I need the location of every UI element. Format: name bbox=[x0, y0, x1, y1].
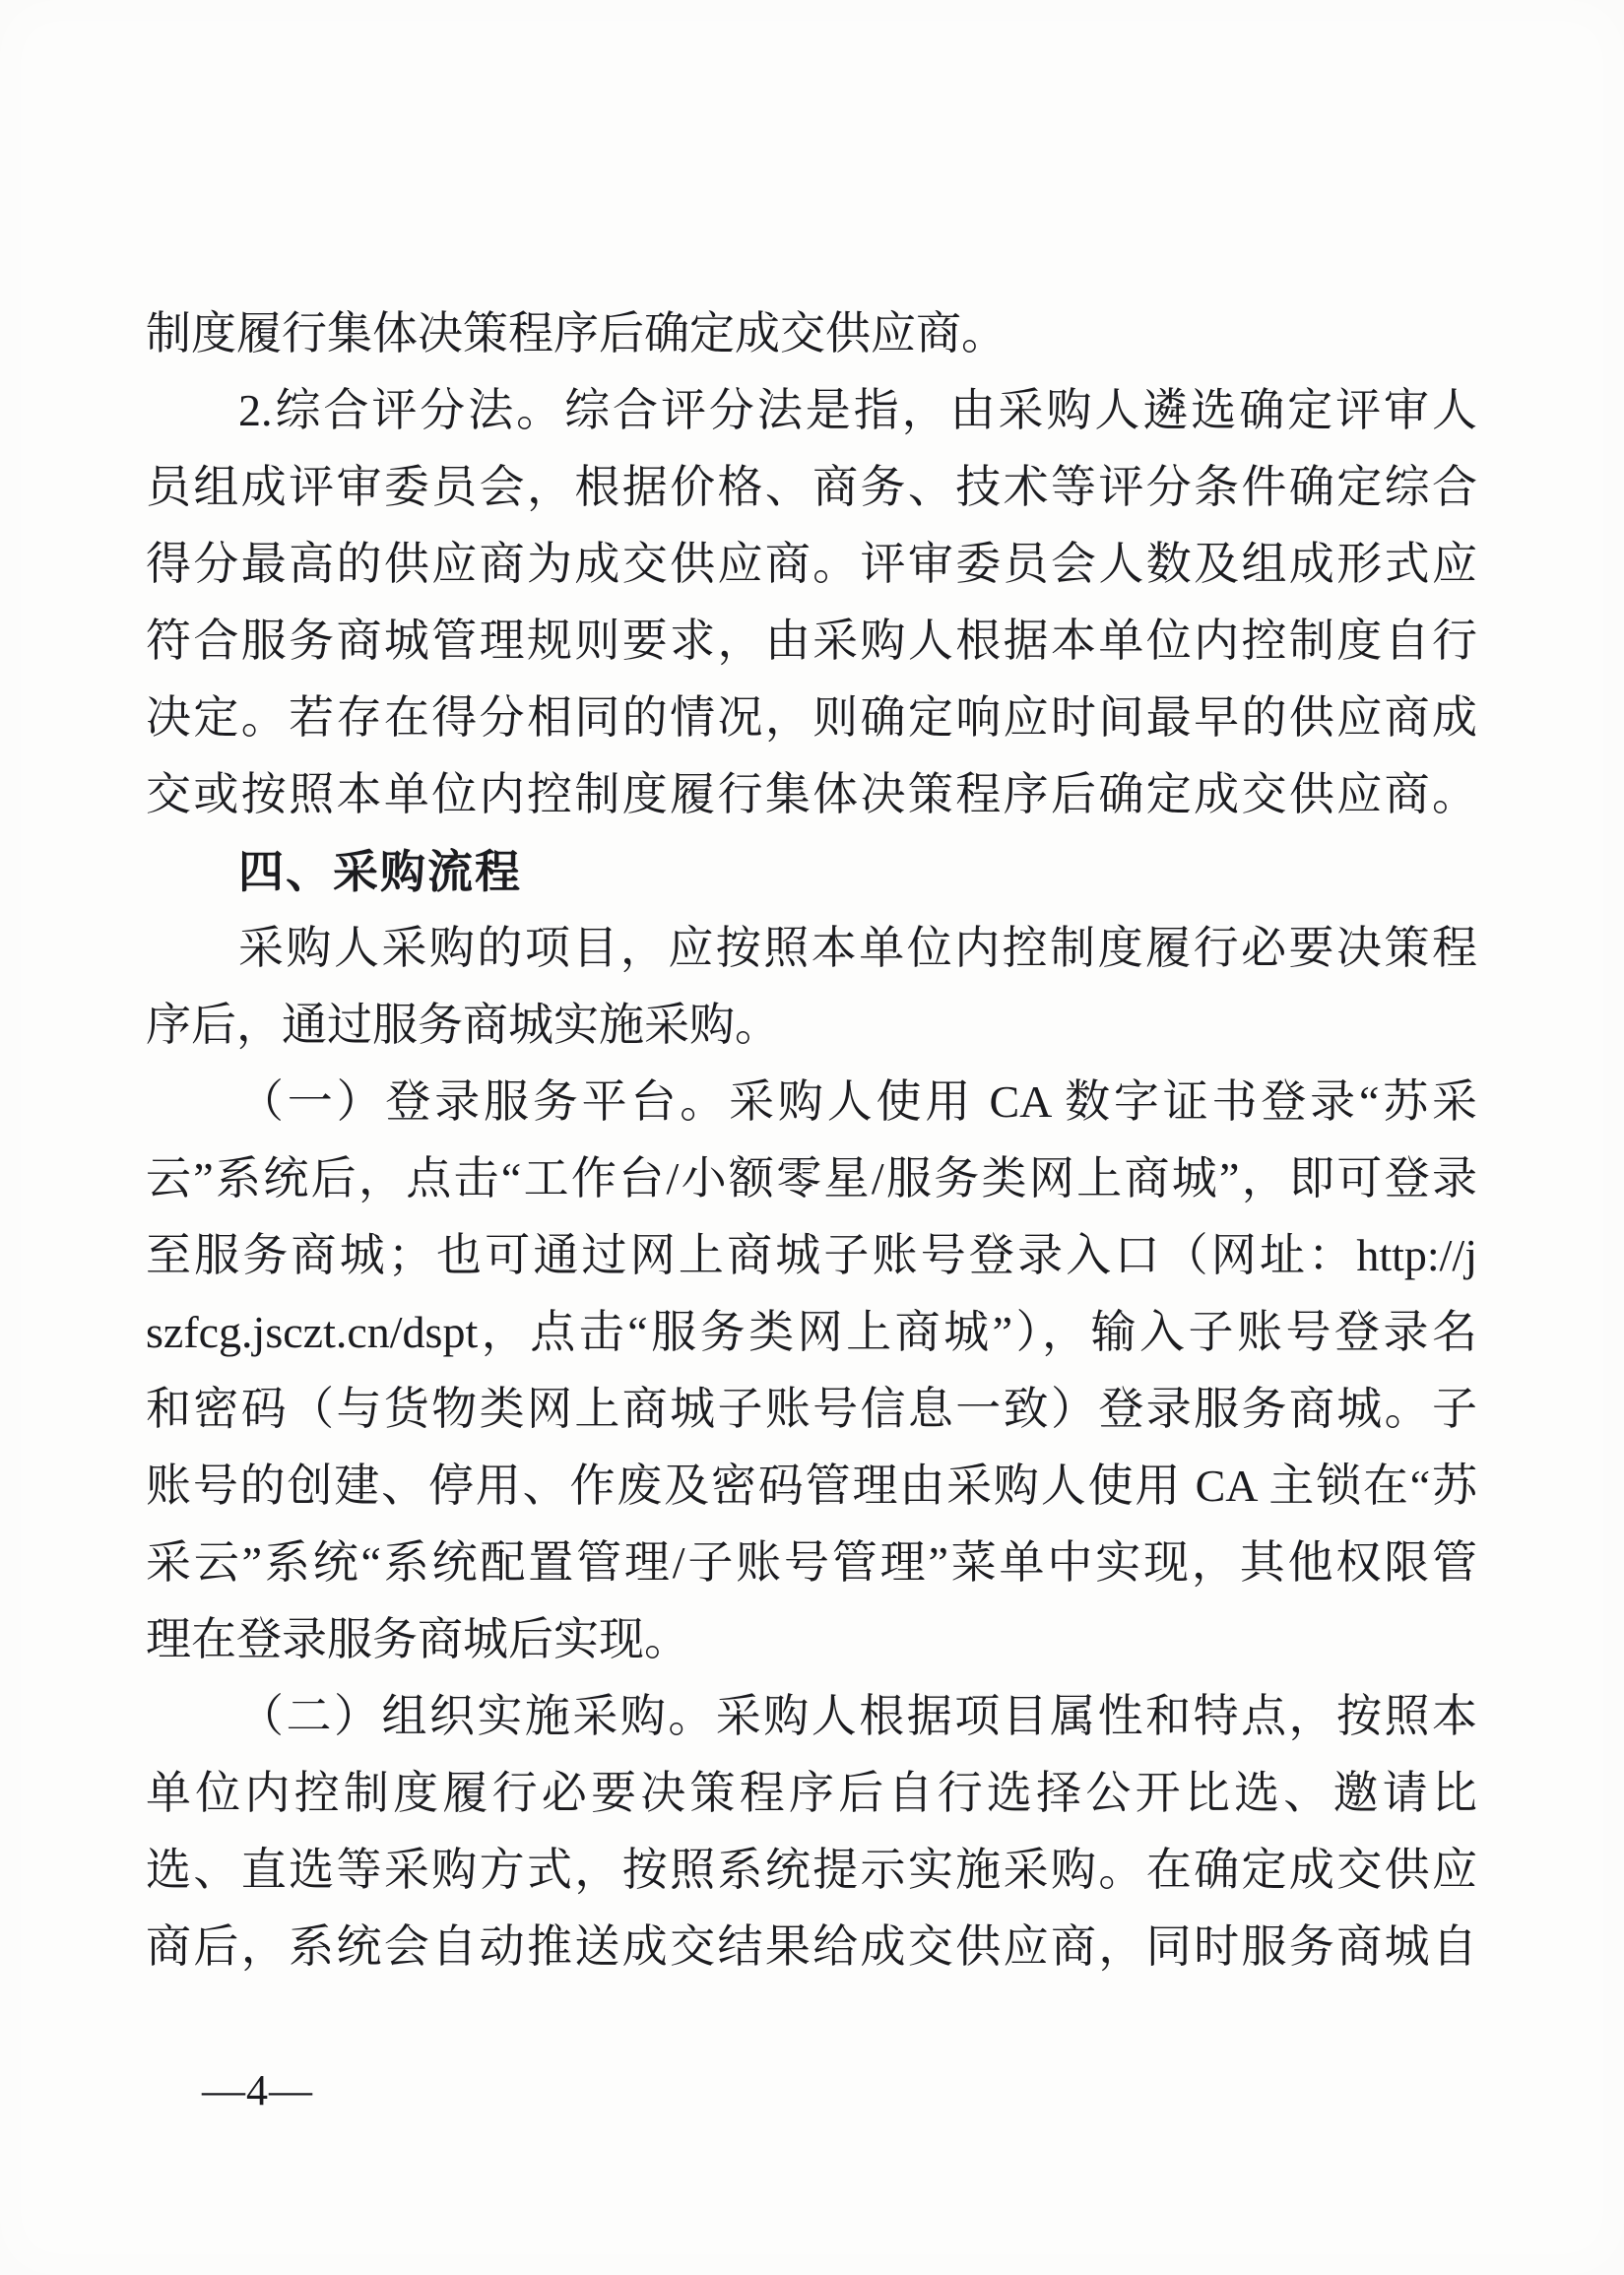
doc-line: 云”系统后，点击“工作台/小额零星/服务类网上商城”，即可登录 bbox=[146, 1140, 1477, 1217]
doc-line: 至服务商城；也可通过网上商城子账号登录入口（网址：http://j bbox=[146, 1217, 1477, 1294]
doc-line: 单位内控制度履行必要决策程序后自行选择公开比选、邀请比 bbox=[146, 1755, 1477, 1832]
doc-line: 员组成评审委员会，根据价格、商务、技术等评分条件确定综合 bbox=[146, 449, 1477, 526]
doc-line: 符合服务商城管理规则要求，由采购人根据本单位内控制度自行 bbox=[146, 603, 1477, 680]
doc-line: 和密码（与货物类网上商城子账号信息一致）登录服务商城。子 bbox=[146, 1371, 1477, 1448]
doc-line: （一）登录服务平台。采购人使用 CA 数字证书登录“苏采 bbox=[146, 1064, 1477, 1140]
document-body: 制度履行集体决策程序后确定成交供应商。 2.综合评分法。综合评分法是指，由采购人… bbox=[146, 295, 1477, 1985]
doc-line: （二）组织实施采购。采购人根据项目属性和特点，按照本 bbox=[146, 1678, 1477, 1755]
doc-line: 2.综合评分法。综合评分法是指，由采购人遴选确定评审人 bbox=[146, 372, 1477, 449]
doc-line: 采云”系统“系统配置管理/子账号管理”菜单中实现，其他权限管 bbox=[146, 1525, 1477, 1601]
doc-line: 决定。若存在得分相同的情况，则确定响应时间最早的供应商成 bbox=[146, 680, 1477, 756]
doc-line: 交或按照本单位内控制度履行集体决策程序后确定成交供应商。 bbox=[146, 756, 1477, 833]
page-number: —4— bbox=[202, 2065, 313, 2115]
doc-line: 选、直选等采购方式，按照系统提示实施采购。在确定成交供应 bbox=[146, 1832, 1477, 1909]
scanned-document-page: 制度履行集体决策程序后确定成交供应商。 2.综合评分法。综合评分法是指，由采购人… bbox=[0, 0, 1624, 2275]
section-heading: 四、采购流程 bbox=[146, 833, 1477, 910]
doc-line: 采购人采购的项目，应按照本单位内控制度履行必要决策程 bbox=[146, 910, 1477, 987]
doc-line: 账号的创建、停用、作废及密码管理由采购人使用 CA 主锁在“苏 bbox=[146, 1448, 1477, 1525]
doc-line: 理在登录服务商城后实现。 bbox=[146, 1601, 1477, 1678]
doc-line: 序后，通过服务商城实施采购。 bbox=[146, 987, 1477, 1064]
doc-line: 得分最高的供应商为成交供应商。评审委员会人数及组成形式应 bbox=[146, 526, 1477, 603]
doc-line: 商后，系统会自动推送成交结果给成交供应商，同时服务商城自 bbox=[146, 1909, 1477, 1985]
doc-line: 制度履行集体决策程序后确定成交供应商。 bbox=[146, 295, 1477, 372]
doc-line: szfcg.jsczt.cn/dspt，点击“服务类网上商城”），输入子账号登录… bbox=[146, 1294, 1477, 1371]
